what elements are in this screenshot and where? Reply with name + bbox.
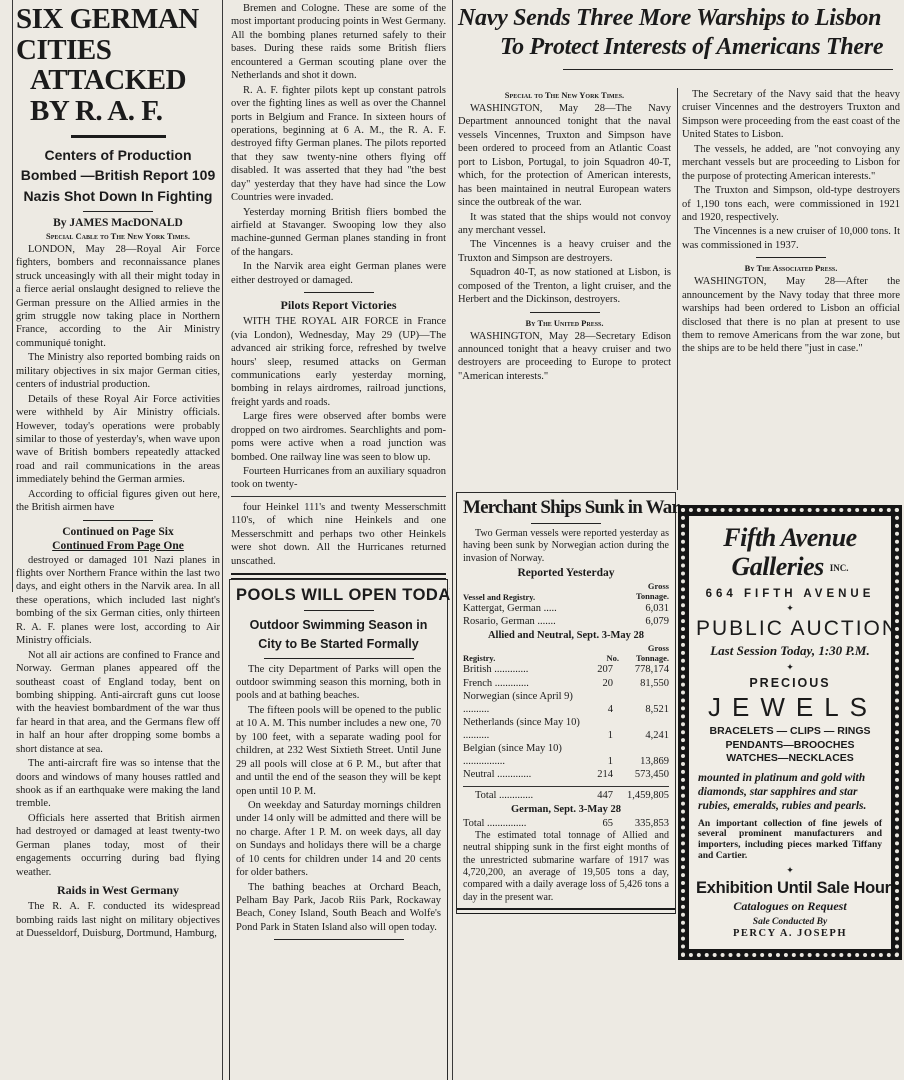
row-label: Rosario, German ....... [463, 615, 613, 628]
section-rule [83, 520, 153, 521]
row-label: British ............. [463, 663, 587, 676]
table-total-row: Total ............... 65 335,853 [463, 817, 669, 830]
row-no: 1 [587, 729, 613, 742]
ad-item-line: PENDANTS—BROOCHES [696, 739, 884, 753]
navy-column-b: The Secretary of the Navy said that the … [682, 88, 900, 506]
ornament-icon: ✦ [696, 865, 884, 876]
table-header-row: Vessel and Registry. Gross Tonnage. [463, 582, 669, 602]
row-no: 20 [587, 677, 613, 690]
pools-subhead-line1: Outdoor Swimming Season in [250, 618, 428, 632]
headline-rule [563, 69, 893, 70]
raf-continuation: Bremen and Cologne. These are some of th… [227, 2, 450, 579]
headline-rule [304, 610, 374, 611]
paragraph: Squadron 40-T, as now stationed at Lisbo… [458, 266, 671, 306]
paragraph: WASHINGTON, May 28—Secretary Edison anno… [458, 330, 671, 384]
paragraph: Details of these Royal Air Force activit… [16, 393, 220, 487]
column-rule-left [12, 0, 13, 592]
paragraph: Fourteen Hurricanes from an auxiliary sq… [231, 465, 446, 492]
row-label: Kattergat, German ..... [463, 602, 613, 615]
section-rule [530, 312, 600, 313]
row-tonnage: 13,869 [613, 755, 669, 768]
paragraph: Officials here asserted that British air… [16, 812, 220, 879]
pools-headline: POOLS WILL OPEN TODAY [236, 586, 441, 605]
paragraph: WITH THE ROYAL AIR FORCE in France (via … [231, 315, 446, 409]
col-header-tonnage: Gross Tonnage. [619, 644, 669, 664]
navy-column-a: Special to The New York Times. WASHINGTO… [458, 88, 671, 490]
paragraph: The Truxton and Simpson, old-type destro… [682, 184, 900, 224]
paragraph: WASHINGTON, May 28—The Navy Department a… [458, 102, 671, 210]
row-label: Netherlands (since May 10) .......... [463, 716, 587, 742]
raf-subhead: Centers of Production Bombed —British Re… [16, 145, 220, 206]
ad-exhibition-line: Exhibition Until Sale Hour [696, 879, 884, 898]
ad-description-fine: An important collection of fine jewels o… [698, 819, 882, 863]
headline-rule [71, 135, 166, 138]
paragraph: The Secretary of the Navy said that the … [682, 88, 900, 142]
column-break-rule [231, 496, 446, 497]
row-no: 65 [587, 817, 613, 830]
end-rule [274, 939, 404, 940]
paragraph: The city Department of Parks will open t… [236, 663, 441, 703]
ornament-icon: ✦ [696, 603, 884, 614]
raf-article: SIX GERMAN CITIES ATTACKED BY R. A. F. C… [16, 2, 220, 1078]
paragraph: The R. A. F. conducted its widespread bo… [16, 900, 220, 940]
row-label: Norwegian (since April 9) .......... [463, 690, 587, 716]
table-row: Belgian (since May 10) ................ … [463, 742, 669, 768]
credit-line: Special to The New York Times. [458, 90, 671, 100]
newspaper-page: { "raf": { "headline": ["SIX GERMAN CITI… [0, 0, 904, 1080]
double-rule [457, 908, 675, 914]
row-no: 447 [587, 789, 613, 802]
galleries-ad: Fifth Avenue Galleries INC. 664 FIFTH AV… [678, 505, 902, 960]
ad-conductor-name: PERCY A. JOSEPH [696, 928, 884, 939]
paragraph: On weekday and Saturday mornings childre… [236, 799, 441, 880]
section-rule [304, 292, 374, 293]
ad-description: mounted in platinum and gold with diamon… [698, 772, 882, 813]
paragraph: In the Narvik area eight German planes w… [231, 260, 446, 287]
row-tonnage: 4,241 [613, 729, 669, 742]
paragraph: Large fires were observed after bombs we… [231, 410, 446, 464]
ad-conducted-label: Sale Conducted By [696, 917, 884, 927]
beaded-border: Fifth Avenue Galleries INC. 664 FIFTH AV… [681, 508, 899, 957]
paragraph: R. A. F. fighter pilots kept up constant… [231, 84, 446, 205]
pools-subhead-line2: City to Be Started Formally [258, 637, 418, 651]
row-tonnage: 335,853 [613, 817, 669, 830]
byline: By JAMES MacDONALD [16, 217, 220, 229]
raf-headline-line1: SIX GERMAN CITIES [16, 3, 199, 66]
credit-line: Special Cable to The New York Times. [16, 231, 220, 241]
row-label: Total ............... [463, 817, 587, 830]
table-section-title: Allied and Neutral, Sept. 3-May 28 [463, 630, 669, 641]
subhead-rule [264, 658, 414, 659]
row-tonnage: 6,031 [613, 602, 669, 615]
row-tonnage: 81,550 [613, 677, 669, 690]
ad-brand-line1: Fifth Avenue [723, 523, 856, 552]
subhead-rule [83, 211, 153, 212]
row-tonnage: 778,174 [613, 663, 669, 676]
ad-item-line: WATCHES—NECKLACES [696, 752, 884, 766]
col-header-tonnage: Gross Tonnage. [619, 582, 669, 602]
table-row: French ............. 20 81,550 [463, 677, 669, 690]
ad-jewels-title: JEWELS [702, 692, 884, 723]
paragraph: four Heinkel 111's and twenty Messerschm… [231, 501, 446, 568]
paragraph: The estimated total tonnage of Allied an… [463, 830, 669, 904]
paragraph: The anti-aircraft fire was so intense th… [16, 757, 220, 811]
ad-address: 664 FIFTH AVENUE [696, 588, 884, 600]
row-label: Total ............. [463, 789, 587, 802]
continued-on: Continued on Page Six [16, 526, 220, 538]
ad-brand-suffix: INC. [830, 563, 849, 573]
paragraph: Yesterday morning British fliers bombed … [231, 206, 446, 260]
row-tonnage: 573,450 [613, 768, 669, 781]
pilots-subsection-head: Pilots Report Victories [231, 298, 446, 313]
row-no: 207 [587, 663, 613, 676]
column-rule-2 [452, 0, 453, 1080]
table-total-row: Total ............. 447 1,459,805 [463, 789, 669, 802]
row-label: Belgian (since May 10) ................ [463, 742, 587, 768]
paragraph: The Ministry also reported bombing raids… [16, 351, 220, 391]
pools-subhead: Outdoor Swimming Season in City to Be St… [236, 616, 441, 654]
paragraph: Bremen and Cologne. These are some of th… [231, 2, 446, 83]
paragraph: The Vincennes is a heavy cruiser and the… [458, 238, 671, 265]
paragraph: It was stated that the ships would not c… [458, 211, 671, 238]
paragraph: According to official figures given out … [16, 488, 220, 515]
column-rule-3 [677, 88, 678, 490]
section-rule [756, 257, 826, 258]
table-row: British ............. 207 778,174 [463, 663, 669, 676]
paragraph: Not all air actions are confined to Fran… [16, 649, 220, 757]
paragraph: WASHINGTON, May 28—After the announcemen… [682, 275, 900, 356]
table-section-title: Reported Yesterday [463, 567, 669, 579]
table-row: Kattergat, German ..... 6,031 [463, 602, 669, 615]
table-row: Netherlands (since May 10) .......... 1 … [463, 716, 669, 742]
col-header-no: No. [593, 653, 619, 663]
navy-headline-line2: To Protect Interests of Americans There [458, 33, 902, 62]
paragraph: Two German vessels were reported yesterd… [463, 528, 669, 565]
raf-subsection-head: Raids in West Germany [16, 883, 220, 898]
table-header-row: Registry. No. Gross Tonnage. [463, 644, 669, 664]
col-header-vessel: Vessel and Registry. [463, 592, 619, 602]
pools-article: POOLS WILL OPEN TODAY Outdoor Swimming S… [229, 579, 448, 1080]
headline-rule [531, 523, 601, 524]
table-total-rule [463, 786, 669, 787]
credit-line: By The United Press. [458, 318, 671, 328]
ad-session-line: Last Session Today, 1:30 P.M. [696, 643, 884, 659]
paragraph: The Vincennes is a new cruiser of 10,000… [682, 225, 900, 252]
ornament-icon: ✦ [696, 662, 884, 673]
paragraph: The bathing beaches at Orchard Beach, Pe… [236, 881, 441, 935]
row-label: French ............. [463, 677, 587, 690]
merchant-headline: Merchant Ships Sunk in War [463, 497, 669, 519]
paragraph: destroyed or damaged 101 Nazi planes in … [16, 554, 220, 648]
ad-brand: Fifth Avenue Galleries INC. [696, 524, 884, 581]
navy-headline: Navy Sends Three More Warships to Lisbon… [458, 4, 902, 62]
row-label: Neutral ............. [463, 768, 587, 781]
ad-content: Fifth Avenue Galleries INC. 664 FIFTH AV… [687, 514, 893, 951]
raf-headline: SIX GERMAN CITIES ATTACKED BY R. A. F. [16, 4, 220, 127]
row-no: 4 [587, 703, 613, 716]
row-tonnage: 8,521 [613, 703, 669, 716]
ad-catalogues-line: Catalogues on Request [696, 899, 884, 914]
table-row: Rosario, German ....... 6,079 [463, 615, 669, 628]
credit-line: By The Associated Press. [682, 263, 900, 273]
paragraph: The vessels, he added, are "not convoyin… [682, 143, 900, 183]
ad-item-line: BRACELETS — CLIPS — RINGS [696, 725, 884, 739]
ad-auction-title: PUBLIC AUCTION [696, 617, 884, 641]
row-tonnage: 1,459,805 [613, 789, 669, 802]
merchant-ships-article: Merchant Ships Sunk in War Two German ve… [456, 492, 676, 914]
ad-brand-line2: Galleries [731, 552, 823, 581]
col-header-registry: Registry. [463, 653, 593, 663]
table-section-title: German, Sept. 3-May 28 [463, 804, 669, 815]
table-row: Neutral ............. 214 573,450 [463, 768, 669, 781]
row-tonnage: 6,079 [613, 615, 669, 628]
navy-article-header: Navy Sends Three More Warships to Lisbon… [458, 4, 902, 70]
ad-precious-label: PRECIOUS [696, 676, 884, 690]
column-2: Bremen and Cologne. These are some of th… [227, 2, 450, 1080]
continued-from: Continued From Page One [16, 540, 220, 552]
column-rule-1 [222, 0, 223, 1080]
table-row: Norwegian (since April 9) .......... 4 8… [463, 690, 669, 716]
paragraph: LONDON, May 28—Royal Air Force fighters,… [16, 243, 220, 351]
raf-headline-line2: ATTACKED BY R. A. F. [16, 65, 220, 126]
row-no: 214 [587, 768, 613, 781]
row-no: 1 [587, 755, 613, 768]
navy-headline-line1: Navy Sends Three More Warships to Lisbon [458, 5, 881, 31]
paragraph: The fifteen pools will be opened to the … [236, 704, 441, 798]
